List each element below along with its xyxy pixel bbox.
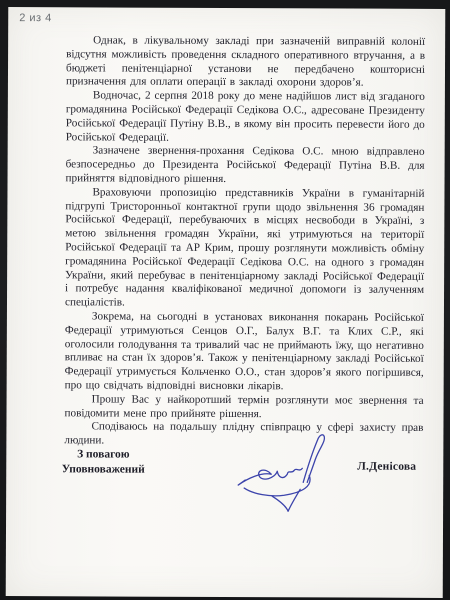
page-number-indicator: 2 из 4	[19, 12, 52, 24]
signer-name: Л.Денісова	[357, 461, 416, 473]
letter-paragraph: Враховуючи пропозицію представників Укра…	[65, 186, 425, 312]
letter-body: Однак, в лікувальному закладі при зазнач…	[64, 34, 425, 449]
letter-paragraph: Зокрема, на сьогодні в установах виконан…	[65, 310, 424, 394]
letter-paragraph: Прошу Вас у найкоротший термін розглянут…	[64, 393, 423, 422]
letter-paragraph: Однак, в лікувальному закладі при зазнач…	[66, 34, 425, 91]
document-page: 2 из 4 Однак, в лікувальному закладі при…	[6, 7, 446, 598]
letter-paragraph: Зазначене звернення-прохання Седікова О.…	[66, 145, 425, 188]
closing-salutation: З повагою	[58, 447, 148, 462]
scanner-background: 2 из 4 Однак, в лікувальному закладі при…	[0, 0, 450, 600]
letter-paragraph: Водночас, 2 серпня 2018 року до мене над…	[66, 89, 425, 146]
handwritten-signature-icon	[232, 424, 344, 516]
closing-block: З повагою Уповноважений	[58, 447, 148, 477]
closing-title: Уповноважений	[58, 462, 148, 477]
